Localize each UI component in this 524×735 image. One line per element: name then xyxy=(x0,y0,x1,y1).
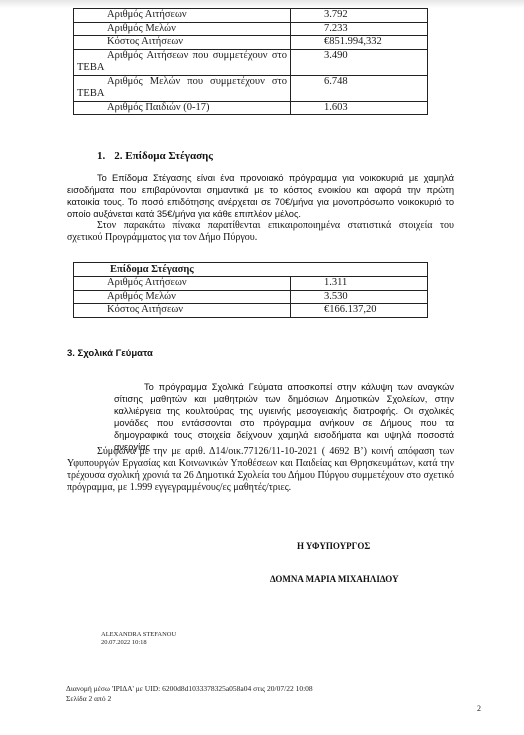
row-label: Αριθμός Μελών που συμμετέχουν στο ΤΕΒΑ xyxy=(77,76,287,100)
housing-benefit-table: Επίδομα Στέγασης Αριθμός Αιτήσεων 1.311 … xyxy=(73,262,428,318)
row-label: Κόστος Αιτήσεων xyxy=(77,304,183,315)
row-value: 3.792 xyxy=(291,9,428,23)
document-footer: Διανομή μέσω 'ΙΡΙΔΑ' με UID: 6200d8d1033… xyxy=(66,684,313,703)
row-label: Αριθμός Παιδιών (0-17) xyxy=(77,102,210,113)
table-header-row: Επίδομα Στέγασης xyxy=(74,263,428,277)
table-row: Αριθμός Μελών που συμμετέχουν στο ΤΕΒΑ 6… xyxy=(74,75,428,101)
row-label: Αριθμός Αιτήσεων xyxy=(77,277,187,288)
section-2-title: 2. Επίδομα Στέγασης xyxy=(114,150,213,162)
viewer-top-shadow xyxy=(0,0,524,8)
row-value: €166.137,20 xyxy=(291,304,428,318)
row-value: 3.490 xyxy=(291,49,428,75)
housing-benefit-description: Το Επίδομα Στέγασης είναι ένα προνοιακό … xyxy=(67,172,454,220)
section-3-heading: 3. Σχολικά Γεύματα xyxy=(67,348,153,359)
row-label: Αριθμός Αιτήσεων xyxy=(77,9,187,20)
row-value: 1.311 xyxy=(291,277,428,291)
table-row: Αριθμός Μελών 3.530 xyxy=(74,290,428,304)
author-name: ALEXANDRA STEFANOU xyxy=(101,631,176,639)
page-number: 2 xyxy=(477,704,481,714)
table-row: Αριθμός Αιτήσεων 1.311 xyxy=(74,277,428,291)
row-value: 1.603 xyxy=(291,101,428,115)
row-value: 6.748 xyxy=(291,75,428,101)
author-timestamp: 20.07.2022 10:18 xyxy=(101,639,176,647)
table-row: Κόστος Αιτήσεων €851.994,332 xyxy=(74,36,428,50)
author-stamp: ALEXANDRA STEFANOU 20.07.2022 10:18 xyxy=(101,631,176,647)
housing-benefit-table-intro: Στον παρακάτω πίνακα παρατίθενται επικαι… xyxy=(67,220,454,244)
row-label: Αριθμός Μελών xyxy=(77,291,176,302)
table-row: Αριθμός Παιδιών (0-17) 1.603 xyxy=(74,101,428,115)
page-of-label: Σελίδα 2 από 2 xyxy=(66,694,313,704)
row-label: Κόστος Αιτήσεων xyxy=(77,36,183,47)
distribution-info: Διανομή μέσω 'ΙΡΙΔΑ' με UID: 6200d8d1033… xyxy=(66,684,313,694)
row-label: Αριθμός Αιτήσεων που συμμετέχουν στο ΤΕΒ… xyxy=(77,50,287,74)
school-meals-description: Το πρόγραμμα Σχολικά Γεύματα αποσκοπεί σ… xyxy=(114,381,454,453)
section-2-heading: 1.2. Επίδομα Στέγασης xyxy=(97,150,213,162)
school-meals-decision: Σύμφωνα με την με αριθ. Δ14/οικ.77126/11… xyxy=(67,446,454,494)
row-label: Αριθμός Μελών xyxy=(77,23,176,34)
row-value: 3.530 xyxy=(291,290,428,304)
table-row: Κόστος Αιτήσεων €166.137,20 xyxy=(74,304,428,318)
signatory-title: Η ΥΦΥΠΟΥΡΓΟΣ xyxy=(297,541,370,551)
signatory-name: ΔΟΜΝΑ ΜΑΡΙΑ ΜΙΧΑΗΛΙΔΟΥ xyxy=(270,574,399,584)
table-row: Αριθμός Αιτήσεων 3.792 xyxy=(74,9,428,23)
row-value: 7.233 xyxy=(291,22,428,36)
table-header: Επίδομα Στέγασης xyxy=(74,263,428,277)
table-row: Αριθμός Μελών 7.233 xyxy=(74,22,428,36)
section-2-list-number: 1. xyxy=(97,150,105,162)
row-value: €851.994,332 xyxy=(291,36,428,50)
table-row: Αριθμός Αιτήσεων που συμμετέχουν στο ΤΕΒ… xyxy=(74,49,428,75)
tax-benefit-stats-table: Αριθμός Αιτήσεων 3.792 Αριθμός Μελών 7.2… xyxy=(73,8,428,115)
